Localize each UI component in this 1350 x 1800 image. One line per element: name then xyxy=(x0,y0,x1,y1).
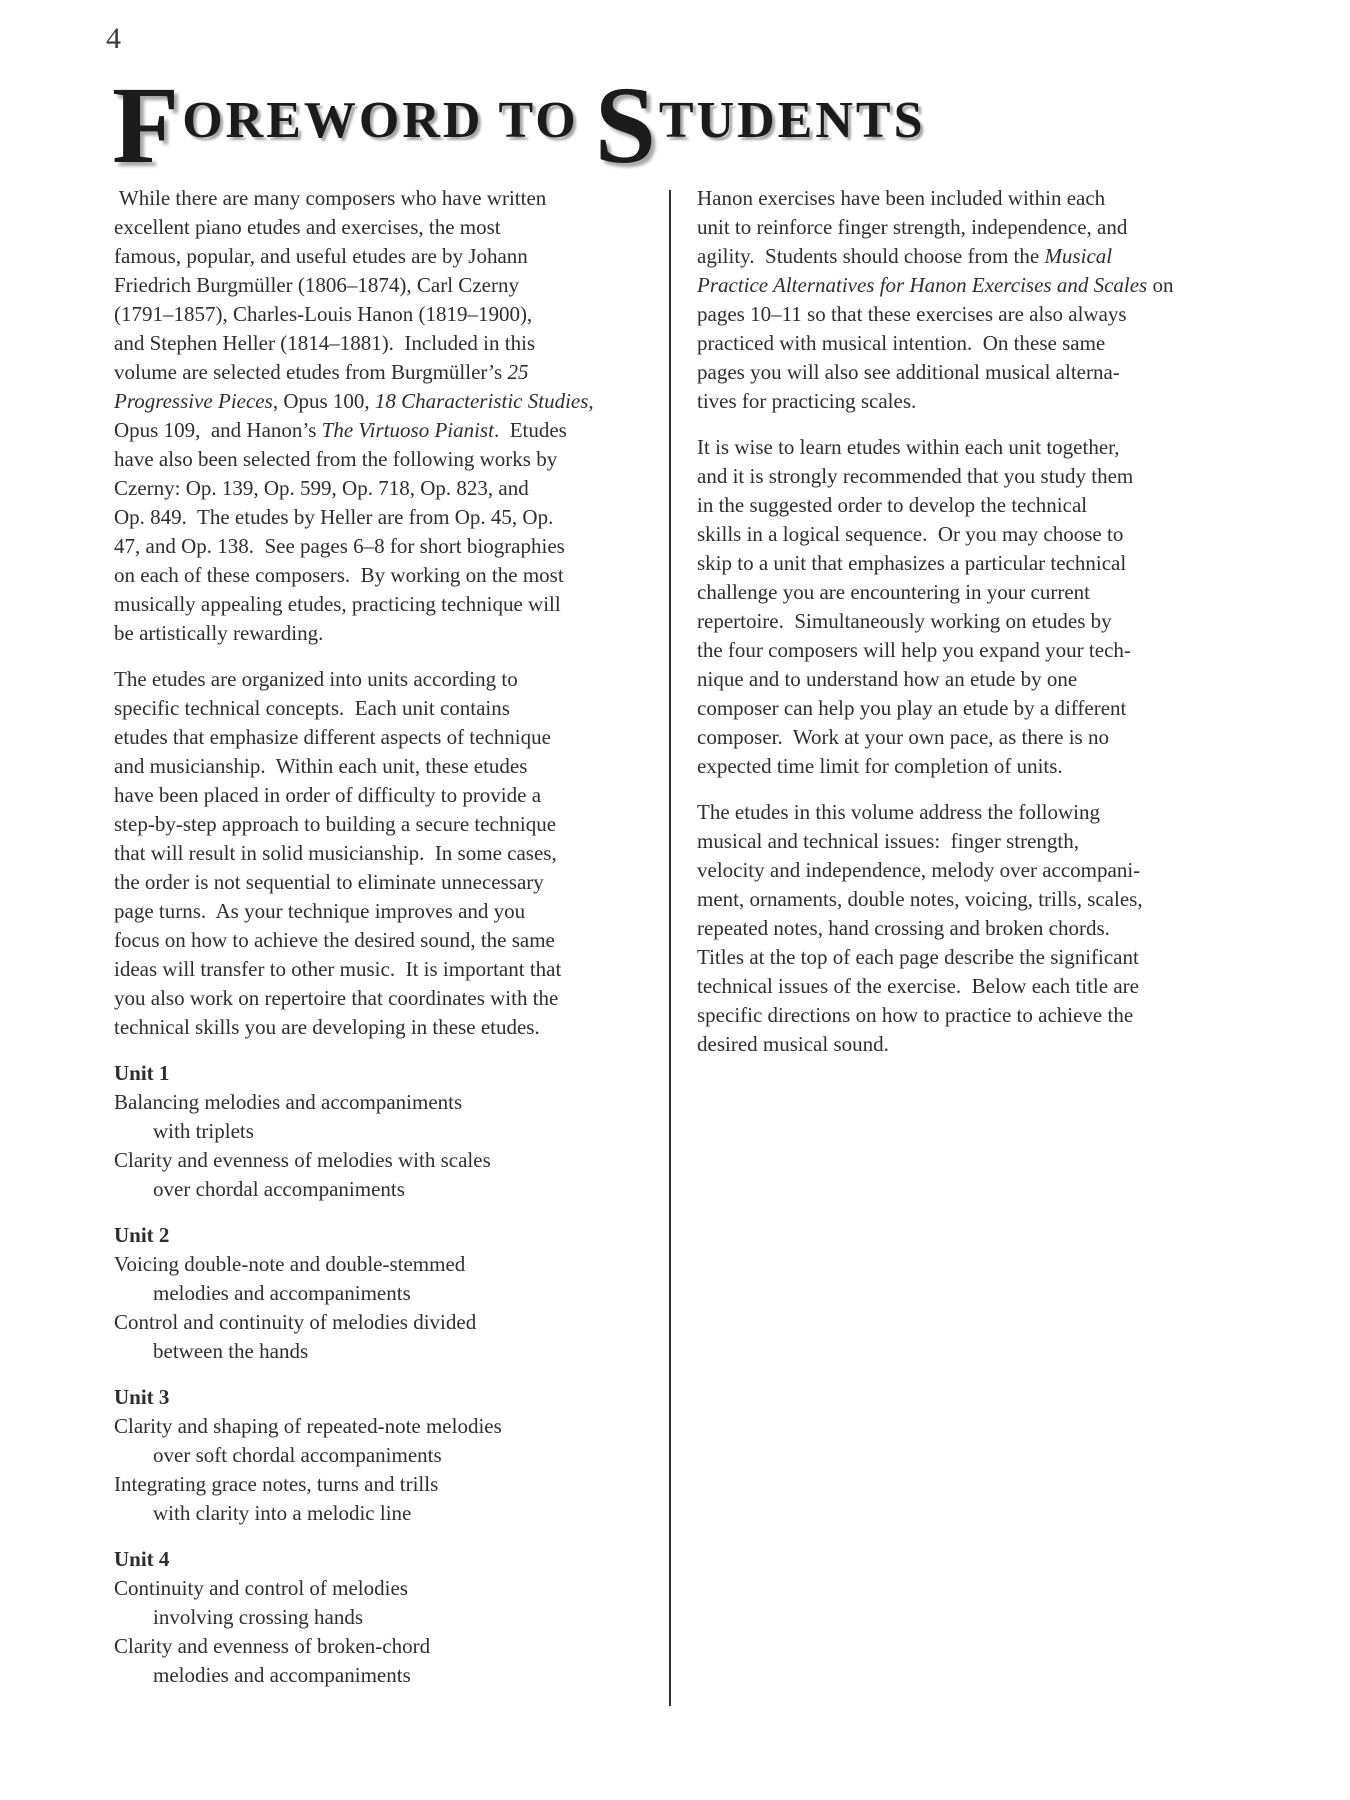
body-text: Opus 109, and Hanon’s xyxy=(114,418,322,442)
body-text: Continuity and control of melodies xyxy=(114,1576,408,1600)
body-text: pages 10–11 so that these exercises are … xyxy=(697,302,1127,326)
body-text: have been placed in order of difficulty … xyxy=(114,783,541,807)
text-line: and musicianship. Within each unit, thes… xyxy=(114,752,654,781)
unit-block: Unit 3Clarity and shaping of repeated-no… xyxy=(114,1383,654,1528)
body-text: composer can help you play an etude by a… xyxy=(697,696,1126,720)
italic-text: 25 xyxy=(507,360,528,384)
text-line: technical issues of the exercise. Below … xyxy=(697,972,1277,1001)
text-line: velocity and independence, melody over a… xyxy=(697,856,1277,885)
body-text: you also work on repertoire that coordin… xyxy=(114,986,558,1010)
text-line: Czerny: Op. 139, Op. 599, Op. 718, Op. 8… xyxy=(114,474,654,503)
text-line: that will result in solid musicianship. … xyxy=(114,839,654,868)
text-line: The etudes are organized into units acco… xyxy=(114,665,654,694)
body-text: volume are selected etudes from Burgmüll… xyxy=(114,360,507,384)
body-text: Czerny: Op. 139, Op. 599, Op. 718, Op. 8… xyxy=(114,476,529,500)
body-text: melodies and accompaniments xyxy=(153,1281,411,1305)
text-line: excellent piano etudes and exercises, th… xyxy=(114,213,654,242)
text-line: the order is not sequential to eliminate… xyxy=(114,868,654,897)
unit-heading: Unit 4 xyxy=(114,1545,654,1574)
text-line: famous, popular, and useful etudes are b… xyxy=(114,242,654,271)
text-line: Practice Alternatives for Hanon Exercise… xyxy=(697,271,1277,300)
text-line: nique and to understand how an etude by … xyxy=(697,665,1277,694)
body-text: over soft chordal accompaniments xyxy=(153,1443,442,1467)
body-text: famous, popular, and useful etudes are b… xyxy=(114,244,528,268)
text-line: ment, ornaments, double notes, voicing, … xyxy=(697,885,1277,914)
unit-block: Unit 4Continuity and control of melodies… xyxy=(114,1545,654,1690)
body-text: etudes that emphasize different aspects … xyxy=(114,725,551,749)
body-text: specific directions on how to practice t… xyxy=(697,1003,1133,1027)
body-text: tives for practicing scales. xyxy=(697,389,916,413)
body-text: Control and continuity of melodies divid… xyxy=(114,1310,476,1334)
body-text: be artistically rewarding. xyxy=(114,621,323,645)
unit-heading: Unit 3 xyxy=(114,1383,654,1412)
text-line: have also been selected from the followi… xyxy=(114,445,654,474)
body-text: nique and to understand how an etude by … xyxy=(697,667,1077,691)
body-text: Hanon exercises have been included withi… xyxy=(697,186,1105,210)
paragraph: It is wise to learn etudes within each u… xyxy=(697,433,1277,781)
text-line: ideas will transfer to other music. It i… xyxy=(114,955,654,984)
body-text: the four composers will help you expand … xyxy=(697,638,1131,662)
body-text: (1791–1857), Charles-Louis Hanon (1819–1… xyxy=(114,302,532,326)
text-line: unit to reinforce finger strength, indep… xyxy=(697,213,1277,242)
text-line: tives for practicing scales. xyxy=(697,387,1277,416)
body-text: page turns. As your technique improves a… xyxy=(114,899,525,923)
body-text: excellent piano etudes and exercises, th… xyxy=(114,215,501,239)
text-line: expected time limit for completion of un… xyxy=(697,752,1277,781)
text-line: Continuity and control of melodies xyxy=(114,1574,654,1603)
italic-text: Practice Alternatives for Hanon Exercise… xyxy=(697,273,1147,297)
body-text: and Stephen Heller (1814–1881). Included… xyxy=(114,331,535,355)
body-text: skills in a logical sequence. Or you may… xyxy=(697,522,1123,546)
text-line: and it is strongly recommended that you … xyxy=(697,462,1277,491)
body-text: repertoire. Simultaneously working on et… xyxy=(697,609,1112,633)
body-text: practiced with musical intention. On the… xyxy=(697,331,1105,355)
text-line: desired musical sound. xyxy=(697,1030,1277,1059)
text-line: Progressive Pieces, Opus 100, 18 Charact… xyxy=(114,387,654,416)
body-text: . Etudes xyxy=(494,418,567,442)
body-text: The etudes in this volume address the fo… xyxy=(697,800,1100,824)
body-text: , xyxy=(588,389,593,413)
text-line: composer. Work at your own pace, as ther… xyxy=(697,723,1277,752)
text-line: technical skills you are developing in t… xyxy=(114,1013,654,1042)
body-text: with triplets xyxy=(153,1119,254,1143)
text-line: etudes that emphasize different aspects … xyxy=(114,723,654,752)
body-text: ideas will transfer to other music. It i… xyxy=(114,957,561,981)
right-column: Hanon exercises have been included withi… xyxy=(697,184,1277,1059)
text-line: be artistically rewarding. xyxy=(114,619,654,648)
text-line: melodies and accompaniments xyxy=(114,1279,654,1308)
body-text: that will result in solid musicianship. … xyxy=(114,841,557,865)
text-line: Op. 849. The etudes by Heller are from O… xyxy=(114,503,654,532)
body-text: repeated notes, hand crossing and broken… xyxy=(697,916,1110,940)
body-text: with clarity into a melodic line xyxy=(153,1501,411,1525)
italic-text: Musical xyxy=(1044,244,1112,268)
body-text: Clarity and shaping of repeated-note mel… xyxy=(114,1414,502,1438)
body-text: velocity and independence, melody over a… xyxy=(697,858,1140,882)
body-text: involving crossing hands xyxy=(153,1605,363,1629)
body-text: 47, and Op. 138. See pages 6–8 for short… xyxy=(114,534,565,558)
title-dropcap-f: F xyxy=(112,70,182,180)
text-line: The etudes in this volume address the fo… xyxy=(697,798,1277,827)
paragraph: While there are many composers who have … xyxy=(114,184,654,648)
text-line: step-by-step approach to building a secu… xyxy=(114,810,654,839)
text-line: Balancing melodies and accompaniments xyxy=(114,1088,654,1117)
body-text: , Opus 100, xyxy=(273,389,375,413)
text-line: Control and continuity of melodies divid… xyxy=(114,1308,654,1337)
text-line: Hanon exercises have been included withi… xyxy=(697,184,1277,213)
text-line: challenge you are encountering in your c… xyxy=(697,578,1277,607)
body-text: specific technical concepts. Each unit c… xyxy=(114,696,510,720)
text-line: melodies and accompaniments xyxy=(114,1661,654,1690)
text-line: in the suggested order to develop the te… xyxy=(697,491,1277,520)
body-text: over chordal accompaniments xyxy=(153,1177,405,1201)
text-line: pages you will also see additional music… xyxy=(697,358,1277,387)
text-line: volume are selected etudes from Burgmüll… xyxy=(114,358,654,387)
body-text: between the hands xyxy=(153,1339,308,1363)
text-line: While there are many composers who have … xyxy=(114,184,654,213)
text-line: page turns. As your technique improves a… xyxy=(114,897,654,926)
body-text: and it is strongly recommended that you … xyxy=(697,464,1133,488)
body-text: agility. Students should choose from the xyxy=(697,244,1044,268)
unit-block: Unit 2Voicing double-note and double-ste… xyxy=(114,1221,654,1366)
body-text: the order is not sequential to eliminate… xyxy=(114,870,544,894)
body-text: While there are many composers who have … xyxy=(114,186,546,210)
text-line: pages 10–11 so that these exercises are … xyxy=(697,300,1277,329)
title-dropcap-s: S xyxy=(595,70,659,180)
text-line: Clarity and shaping of repeated-note mel… xyxy=(114,1412,654,1441)
body-text: Op. 849. The etudes by Heller are from O… xyxy=(114,505,553,529)
text-line: Integrating grace notes, turns and trill… xyxy=(114,1470,654,1499)
text-line: repeated notes, hand crossing and broken… xyxy=(697,914,1277,943)
body-text: Friedrich Burgmüller (1806–1874), Carl C… xyxy=(114,273,519,297)
body-text: pages you will also see additional music… xyxy=(697,360,1120,384)
body-text: desired musical sound. xyxy=(697,1032,889,1056)
paragraph: The etudes are organized into units acco… xyxy=(114,665,654,1042)
body-text: Clarity and evenness of broken-chord xyxy=(114,1634,430,1658)
body-text: unit to reinforce finger strength, indep… xyxy=(697,215,1127,239)
text-line: focus on how to achieve the desired soun… xyxy=(114,926,654,955)
body-text: composer. Work at your own pace, as ther… xyxy=(697,725,1109,749)
body-text: Balancing melodies and accompaniments xyxy=(114,1090,462,1114)
italic-text: The Virtuoso Pianist xyxy=(322,418,494,442)
body-text: in the suggested order to develop the te… xyxy=(697,493,1087,517)
text-line: between the hands xyxy=(114,1337,654,1366)
body-text: Voicing double-note and double-stemmed xyxy=(114,1252,465,1276)
italic-text: 18 Characteristic Studies xyxy=(375,389,589,413)
title-text-foreword-to: OREWORD TO xyxy=(182,95,579,147)
text-line: over chordal accompaniments xyxy=(114,1175,654,1204)
text-line: agility. Students should choose from the… xyxy=(697,242,1277,271)
text-line: involving crossing hands xyxy=(114,1603,654,1632)
text-line: you also work on repertoire that coordin… xyxy=(114,984,654,1013)
text-line: (1791–1857), Charles-Louis Hanon (1819–1… xyxy=(114,300,654,329)
text-line: repertoire. Simultaneously working on et… xyxy=(697,607,1277,636)
text-line: practiced with musical intention. On the… xyxy=(697,329,1277,358)
body-text: step-by-step approach to building a secu… xyxy=(114,812,556,836)
left-column: While there are many composers who have … xyxy=(114,184,654,1690)
text-line: Clarity and evenness of broken-chord xyxy=(114,1632,654,1661)
body-text: It is wise to learn etudes within each u… xyxy=(697,435,1120,459)
text-line: Voicing double-note and double-stemmed xyxy=(114,1250,654,1279)
unit-heading: Unit 1 xyxy=(114,1059,654,1088)
body-text: expected time limit for completion of un… xyxy=(697,754,1063,778)
body-text: musically appealing etudes, practicing t… xyxy=(114,592,561,616)
text-line: composer can help you play an etude by a… xyxy=(697,694,1277,723)
text-line: Clarity and evenness of melodies with sc… xyxy=(114,1146,654,1175)
page-title: FOREWORD TOSTUDENTS xyxy=(112,45,926,155)
text-line: musically appealing etudes, practicing t… xyxy=(114,590,654,619)
unit-heading: Unit 2 xyxy=(114,1221,654,1250)
body-text: focus on how to achieve the desired soun… xyxy=(114,928,555,952)
title-text-students: TUDENTS xyxy=(659,95,926,147)
body-text: technical issues of the exercise. Below … xyxy=(697,974,1139,998)
text-line: and Stephen Heller (1814–1881). Included… xyxy=(114,329,654,358)
column-divider xyxy=(669,190,671,1706)
italic-text: Progressive Pieces xyxy=(114,389,273,413)
body-text: challenge you are encountering in your c… xyxy=(697,580,1090,604)
text-line: skills in a logical sequence. Or you may… xyxy=(697,520,1277,549)
text-line: Titles at the top of each page describe … xyxy=(697,943,1277,972)
text-line: with triplets xyxy=(114,1117,654,1146)
text-line: specific technical concepts. Each unit c… xyxy=(114,694,654,723)
text-line: the four composers will help you expand … xyxy=(697,636,1277,665)
body-text: musical and technical issues: finger str… xyxy=(697,829,1079,853)
text-line: have been placed in order of difficulty … xyxy=(114,781,654,810)
paragraph: Hanon exercises have been included withi… xyxy=(697,184,1277,416)
text-line: 47, and Op. 138. See pages 6–8 for short… xyxy=(114,532,654,561)
body-text: on xyxy=(1147,273,1173,297)
text-line: Friedrich Burgmüller (1806–1874), Carl C… xyxy=(114,271,654,300)
body-text: on each of these composers. By working o… xyxy=(114,563,564,587)
paragraph: The etudes in this volume address the fo… xyxy=(697,798,1277,1059)
text-line: specific directions on how to practice t… xyxy=(697,1001,1277,1030)
text-line: over soft chordal accompaniments xyxy=(114,1441,654,1470)
text-line: on each of these composers. By working o… xyxy=(114,561,654,590)
body-text: and musicianship. Within each unit, thes… xyxy=(114,754,527,778)
body-text: technical skills you are developing in t… xyxy=(114,1015,540,1039)
body-text: ment, ornaments, double notes, voicing, … xyxy=(697,887,1143,911)
body-text: have also been selected from the followi… xyxy=(114,447,557,471)
text-line: skip to a unit that emphasizes a particu… xyxy=(697,549,1277,578)
body-text: Titles at the top of each page describe … xyxy=(697,945,1139,969)
body-text: The etudes are organized into units acco… xyxy=(114,667,518,691)
body-text: skip to a unit that emphasizes a particu… xyxy=(697,551,1126,575)
body-text: Clarity and evenness of melodies with sc… xyxy=(114,1148,491,1172)
text-line: Opus 109, and Hanon’s The Virtuoso Piani… xyxy=(114,416,654,445)
text-line: It is wise to learn etudes within each u… xyxy=(697,433,1277,462)
text-line: with clarity into a melodic line xyxy=(114,1499,654,1528)
text-line: musical and technical issues: finger str… xyxy=(697,827,1277,856)
unit-block: Unit 1Balancing melodies and accompanime… xyxy=(114,1059,654,1204)
body-text: melodies and accompaniments xyxy=(153,1663,411,1687)
body-text: Integrating grace notes, turns and trill… xyxy=(114,1472,438,1496)
